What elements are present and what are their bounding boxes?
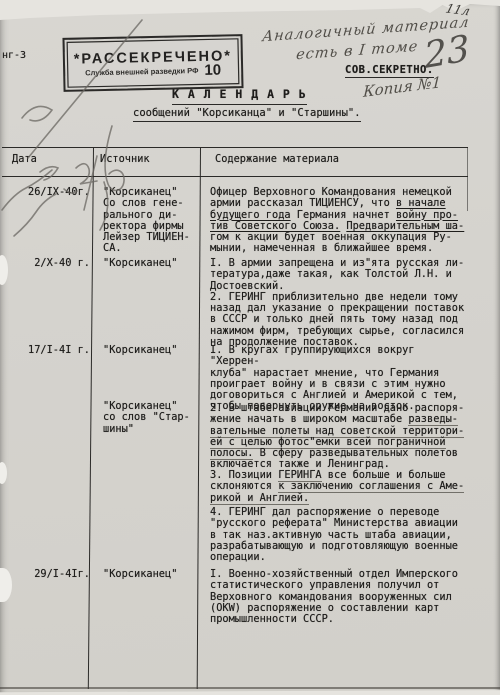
scanned-document-page: { "page": { "corner_number": "11л", "mar… — [0, 0, 500, 695]
paper-sheet: *РАССЕКРЕЧЕНО* Служба внешней разведки Р… — [0, 0, 500, 695]
pencil-margin-writing — [40, 167, 58, 180]
document-title: К А Л Е Н Д А Р Ь — [172, 87, 307, 105]
date-cell: 17/I-4I г. — [6, 345, 90, 356]
source-cell: "Корсиканец"со слов "Стар-шины" — [103, 401, 199, 435]
date-cell: 29/I-4Iг. — [6, 569, 90, 580]
page-number: 11л — [444, 1, 472, 19]
pencil-margin-writing — [14, 194, 56, 236]
stamp-agency: Служба внешней разведки РФ — [85, 66, 198, 77]
content-paragraph: 3. Позиции ГЕРИНГА все больше и большеск… — [210, 470, 466, 504]
paper-tear — [0, 462, 7, 484]
date-cell: 2/X-40 г. — [6, 258, 90, 269]
handwritten-note-line2: есть в I томе — [295, 39, 419, 64]
source-cell: "Корсиканец" — [103, 345, 199, 356]
content-paragraph: Офицер Верховного Командования немецкойа… — [210, 187, 466, 255]
content-paragraph: I. В армии запрещена и из"ята русская ли… — [210, 258, 466, 348]
registration-number: нг-3 — [2, 50, 26, 61]
source-cell: "Корсиканец" — [103, 569, 199, 580]
date-cell: 26/IX-40г. — [6, 187, 90, 198]
content-paragraph: I. Военно-хозяйственный отдел Имперского… — [210, 569, 466, 625]
content-paragraph: 4. ГЕРИНГ дал распоряжение о переводе"ру… — [210, 507, 466, 563]
column-header-content: Содержание материала — [215, 153, 339, 165]
table-column-rule-1 — [88, 147, 95, 689]
column-header-source: Источник — [100, 153, 150, 165]
table-header-top-rule — [2, 147, 468, 148]
pencil-scribble — [22, 106, 52, 120]
handwritten-number: 23 — [423, 28, 471, 77]
table-header-bottom-rule — [2, 176, 468, 177]
column-header-date: Дата — [12, 153, 37, 165]
table-right-rule — [467, 147, 468, 211]
source-cell: "Корсиканец" — [103, 258, 199, 269]
source-cell: "Корсиканец"Со слов гене-рального ди-рек… — [103, 187, 199, 255]
content-paragraph: 2. В штабе авиации Германии дано распоря… — [210, 403, 466, 471]
declassified-stamp: *РАССЕКРЕЧЕНО* Служба внешней разведки Р… — [62, 34, 243, 92]
pencil-mark-slash — [84, 156, 97, 210]
page-bottom-edge — [0, 687, 500, 689]
stamp-number: 10 — [204, 67, 221, 75]
document-subtitle: сообщений "Корсиканца" и "Старшины". — [133, 107, 361, 122]
